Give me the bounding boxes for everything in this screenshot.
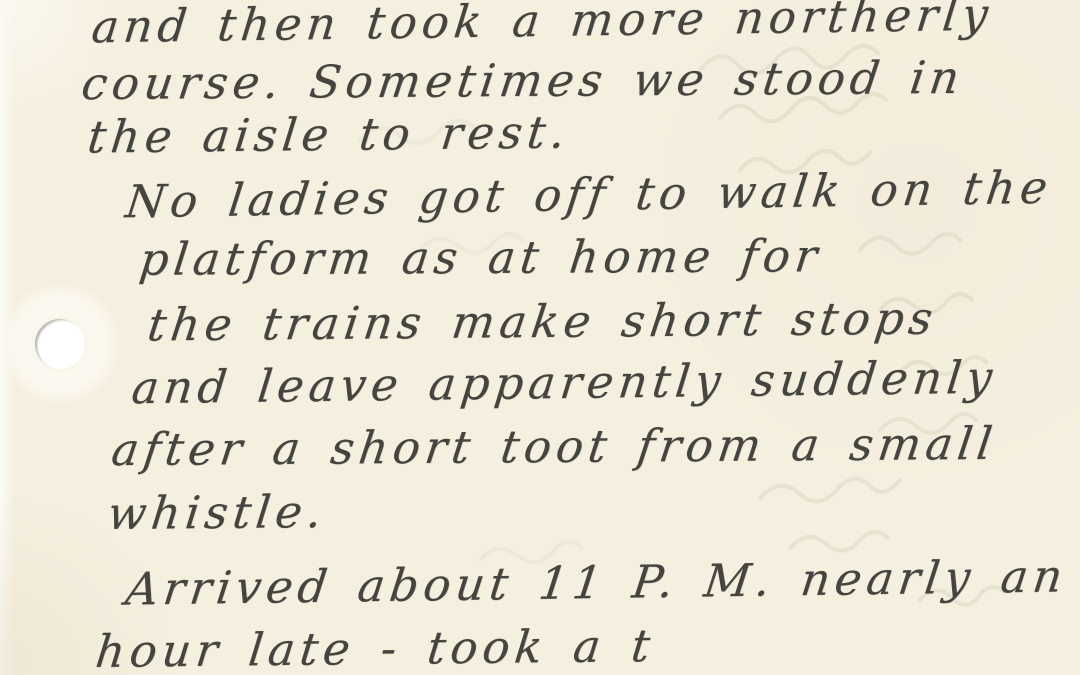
handwriting-line: the trains make short stops [145, 292, 941, 352]
handwriting-line: and then took a more northerly [89, 0, 995, 53]
handwriting-line: the aisle to rest. [85, 105, 573, 163]
paper-page: and then took a more northerly course. S… [0, 0, 1080, 675]
handwriting-line: No ladies got off to walk on the [123, 161, 1056, 229]
handwriting-line: Arrived about 11 P. M. nearly an [123, 549, 1071, 615]
handwriting-line: and leave apparently suddenly [129, 351, 1000, 415]
handwriting-line: platform as at home for [137, 229, 825, 286]
handwriting-line: course. Sometimes we stood in [78, 51, 967, 110]
handwriting-line: hour late - took a t [93, 619, 658, 675]
handwriting-line: after a short toot from a small [108, 417, 1000, 476]
punch-hole [35, 319, 85, 369]
handwriting-line: whistle. [105, 485, 329, 540]
